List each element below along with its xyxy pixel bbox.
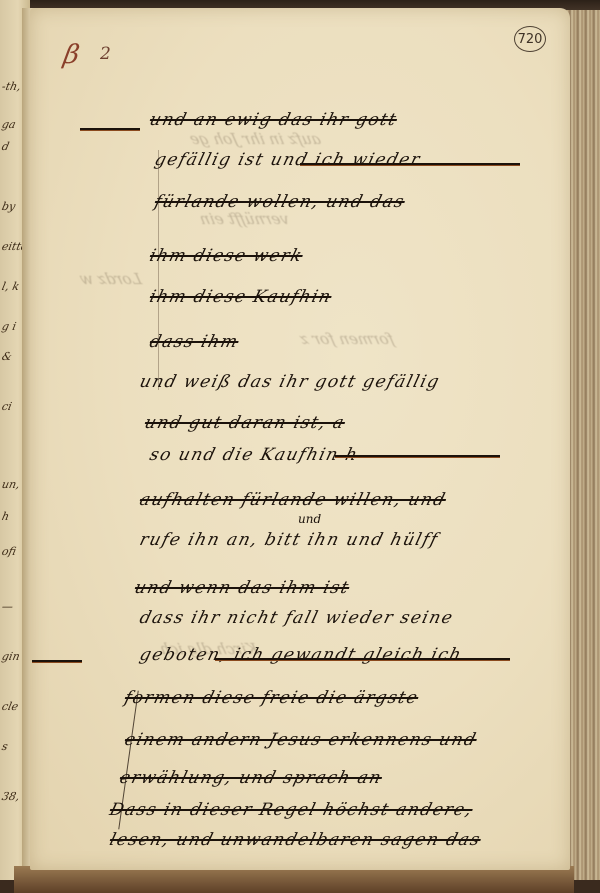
bleed-through: vernüfft ein: [198, 210, 291, 228]
text-line: dass ihm: [148, 332, 241, 352]
bleed-through: formen for z: [298, 330, 396, 348]
strike-line: [80, 128, 140, 130]
text-line: rufe ihn an, bitt ihn und hülff: [138, 530, 441, 550]
text-line: dass ihr nicht fall wieder seine: [138, 608, 456, 628]
text-line: geboten, ich gewandt gleich ich: [138, 645, 465, 665]
bleed-through: Lordz w: [78, 270, 144, 288]
left-fragment: cle: [1, 700, 20, 713]
text-line: ihm diese Kaufhin: [148, 287, 334, 307]
margin-mark-2: 2: [100, 44, 111, 64]
left-fragment: g i: [1, 320, 18, 333]
text-line: einem andern Jesus erkennens und: [123, 730, 480, 750]
strike-line: [300, 163, 520, 165]
folio-number: 720: [514, 26, 546, 52]
left-fragment: 38,: [1, 790, 21, 803]
left-fragment: by: [1, 200, 17, 213]
left-fragment: ga: [1, 118, 17, 131]
left-fragment: h: [1, 510, 11, 523]
left-fragment: l, k: [1, 280, 21, 293]
left-fragment: ofi: [1, 545, 18, 558]
text-line: und wenn das ihm ist: [133, 578, 352, 598]
text-line: so und die Kaufhin h: [148, 445, 361, 465]
strike-line: [215, 658, 510, 660]
book-bottom-edge: [14, 866, 574, 893]
text-line: formen diese freie die ärgste: [123, 688, 421, 708]
text-line: fürlande wollen, und das: [153, 192, 408, 212]
left-fragment: d: [1, 140, 11, 153]
strike-line: [32, 660, 82, 662]
text-line: und an ewig das ihr gott: [148, 110, 400, 130]
text-line: lesen, und unwandelbaren sagen das: [108, 830, 484, 850]
text-line: Dass in dieser Regel höchst andere,: [108, 800, 475, 820]
text-line: und weiß das ihr gott gefällig: [138, 372, 443, 392]
left-fragment: gin: [1, 650, 21, 663]
left-fragment: —: [1, 600, 15, 613]
left-fragment: ci: [1, 400, 13, 413]
interlinear-insert: und: [298, 512, 321, 526]
text-line: erwählung, und sprach an: [118, 768, 385, 788]
left-fragment: s: [1, 740, 9, 753]
ruled-margin-line: [158, 150, 159, 390]
text-line: und gut daran ist, a: [143, 413, 348, 433]
text-line: ihm diese werk: [148, 246, 306, 266]
left-fragment: un,: [1, 478, 21, 491]
bleed-through: aufz in ihr Joh ge: [188, 130, 323, 148]
text-line: aufhalten fürlande willen, und: [138, 490, 449, 510]
strike-line: [335, 455, 500, 457]
text-line: gefällig ist und ich wieder: [153, 150, 423, 170]
left-fragment: &: [1, 350, 14, 363]
